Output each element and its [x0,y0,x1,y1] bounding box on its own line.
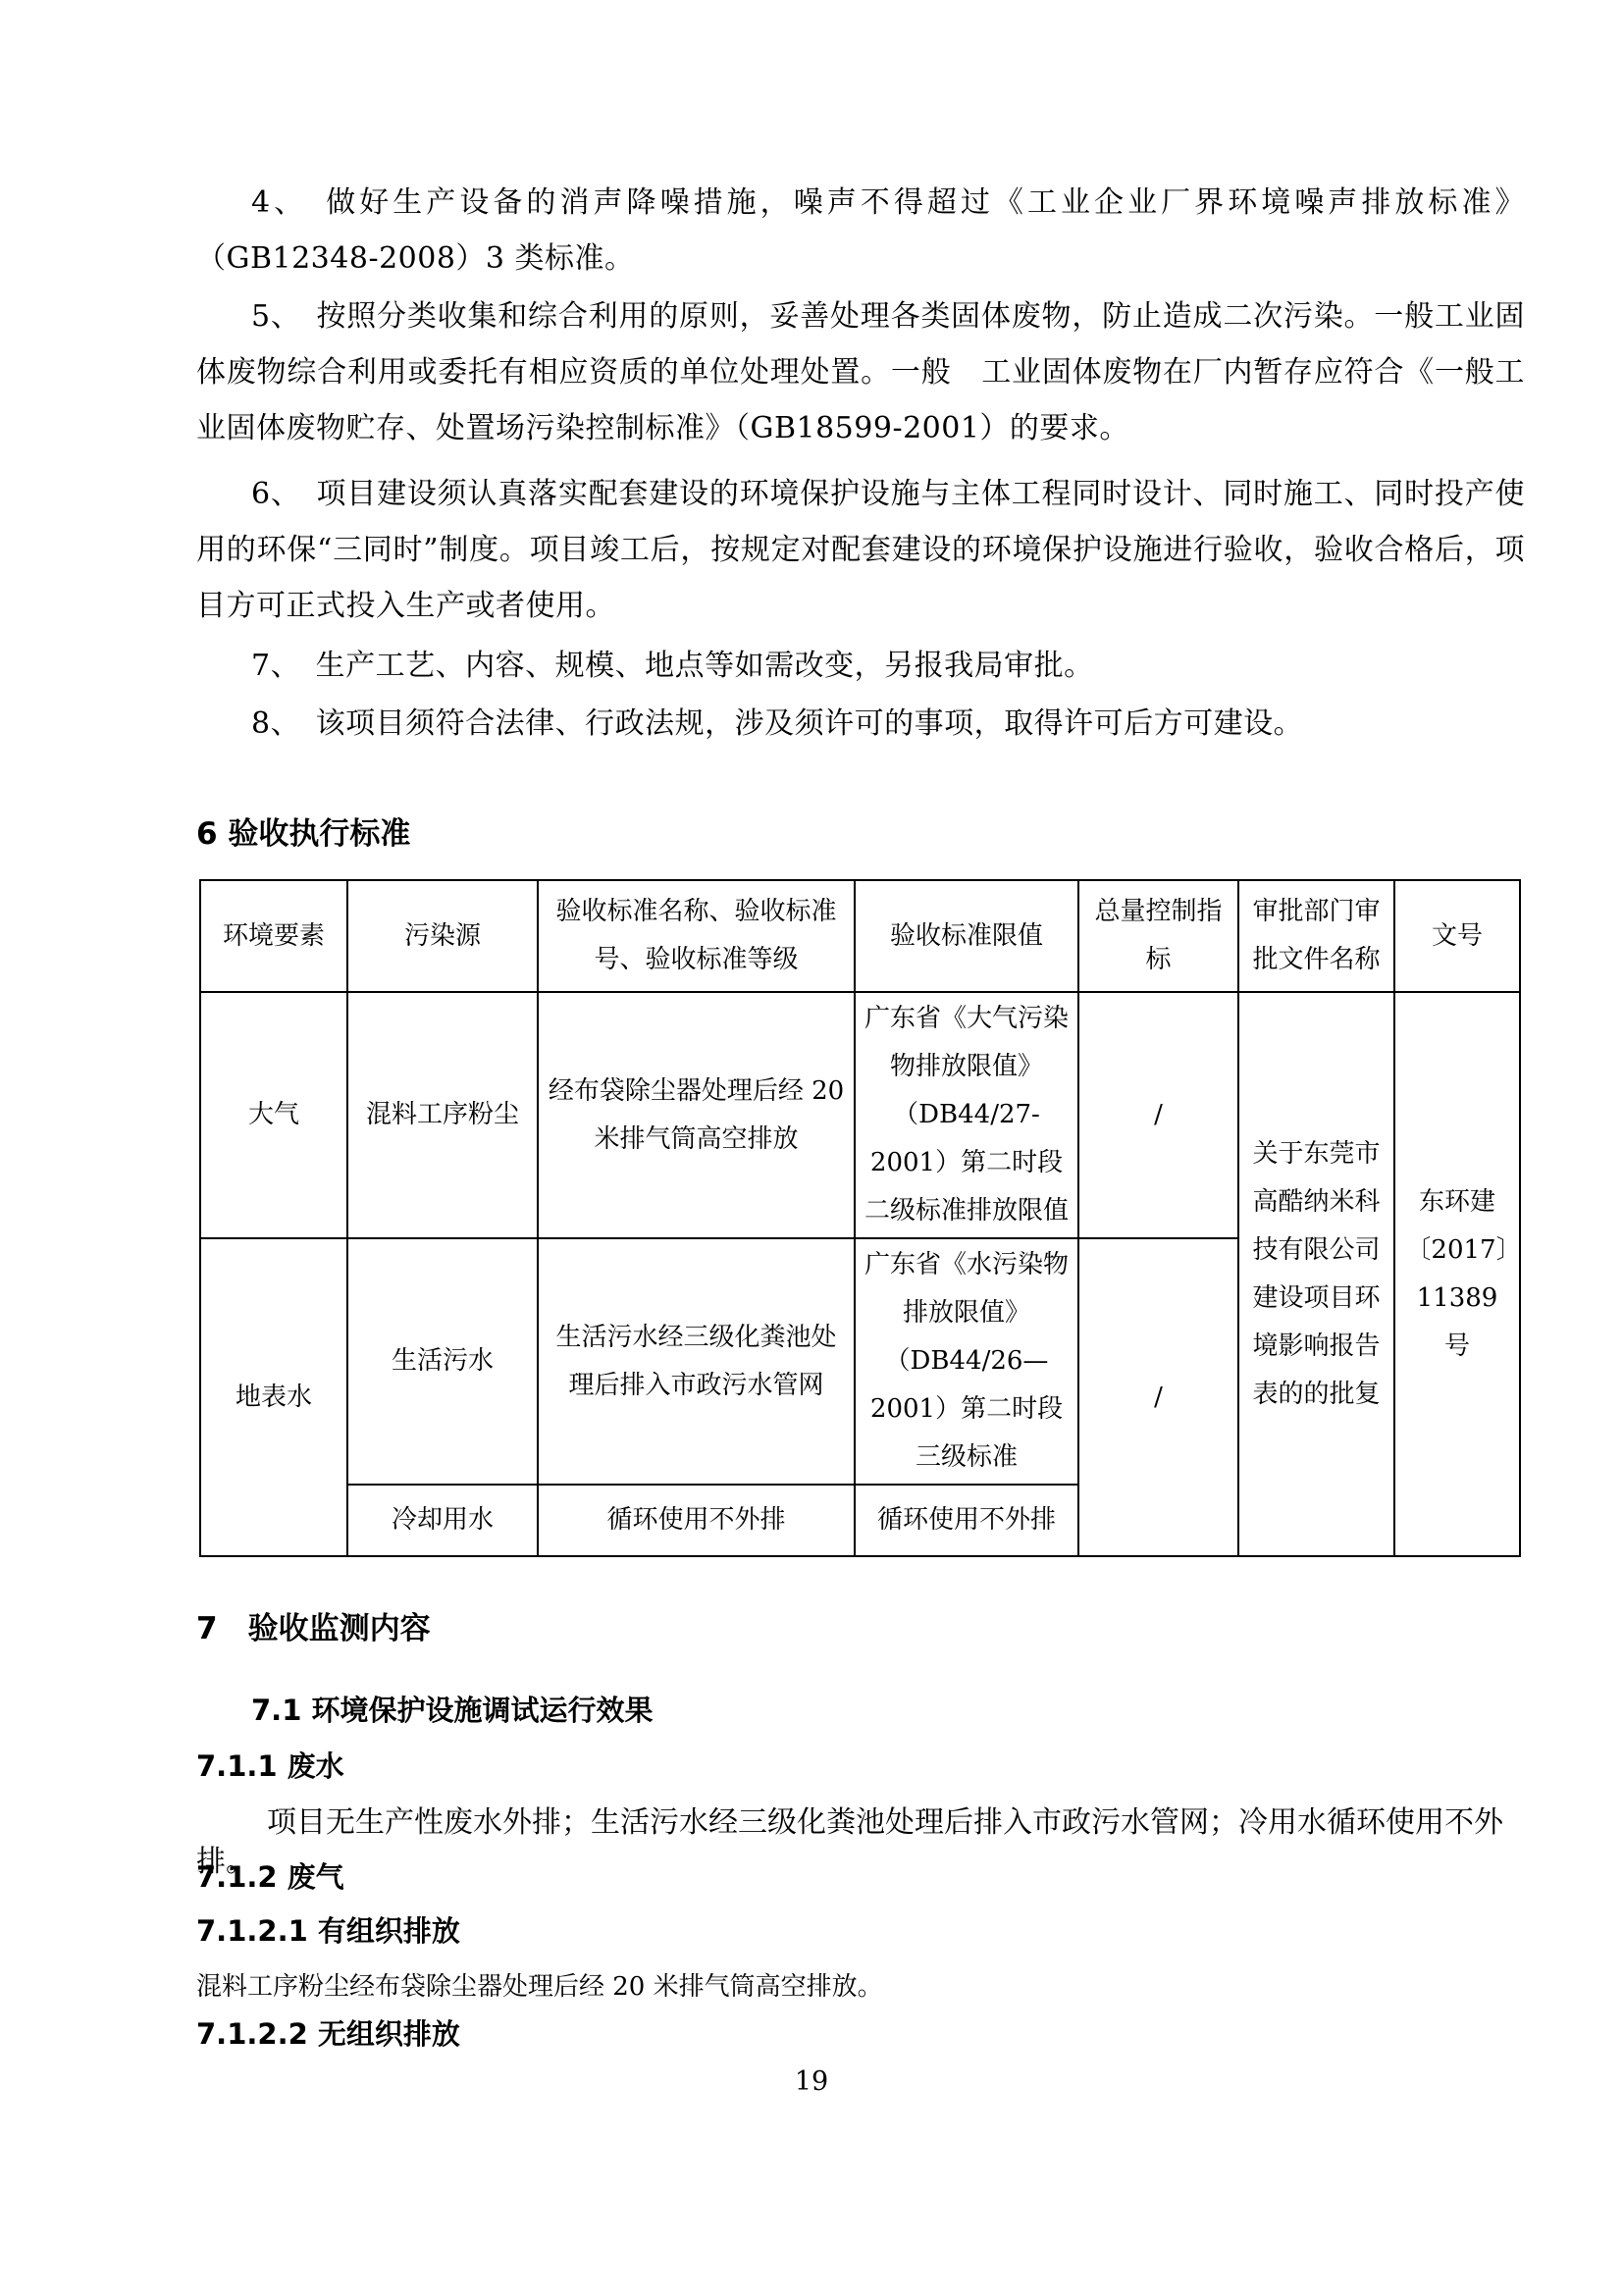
paragraph-7: 7、 生产工艺、内容、规模、地点等如需改变，另报我局审批。 [196,638,1525,694]
section-6-heading: 6 验收执行标准 [196,814,1525,854]
document-page: 4、 做好生产设备的消声降噪措施，噪声不得超过《工业企业厂界环境噪声排放标准》（… [0,0,1623,2296]
cell-treatment-air: 经布袋除尘器处理后经 20 米排气筒高空排放 [538,992,855,1238]
cell-approval-doc: 关于东莞市高酷纳米科技有限公司建设项目环境影响报告表的的批复 [1238,992,1394,1556]
paragraph-8: 8、 该项目须符合法律、行政法规，涉及须许可的事项，取得许可后方可建设。 [196,696,1525,752]
paragraph-5: 5、 按照分类收集和综合利用的原则，妥善处理各类固体废物，防止造成二次污染。一般… [196,288,1525,456]
page-number: 19 [0,2066,1623,2097]
cell-limit-water: 广东省《水污染物排放限值》（DB44/26—2001）第二时段三级标准 [855,1238,1078,1485]
cell-limit-air: 广东省《大气污染物排放限值》（DB44/27-2001）第二时段二级标准排放限值 [855,992,1078,1238]
cell-source-sewage: 生活污水 [347,1238,538,1485]
section-7-1-heading: 7.1 环境保护设施调试运行效果 [251,1692,1580,1729]
paragraph-6: 6、 项目建设须认真落实配套建设的环境保护设施与主体工程同时设计、同时施工、同时… [196,466,1525,634]
cell-element-surface-water: 地表水 [200,1238,347,1556]
cell-element-air: 大气 [200,992,347,1238]
cell-quota-air: / [1078,992,1238,1238]
header-doc-number: 文号 [1394,880,1520,992]
cell-doc-number: 东环建〔2017〕11389 号 [1394,992,1520,1556]
section-7-1-2-2-heading: 7.1.2.2 无组织排放 [196,2015,1525,2053]
header-pollution-source: 污染源 [347,880,538,992]
cell-source-dust: 混料工序粉尘 [347,992,538,1238]
header-standard-name: 验收标准名称、验收标准号、验收标准等级 [538,880,855,992]
dust-text: 混料工序粉尘经布袋除尘器处理后经 20 米排气筒高空排放。 [196,1969,1525,2005]
table-header-row: 环境要素 污染源 验收标准名称、验收标准号、验收标准等级 验收标准限值 总量控制… [200,880,1520,992]
header-approval-doc-name: 审批部门审批文件名称 [1238,880,1394,992]
header-total-quota: 总量控制指标 [1078,880,1238,992]
header-standard-limit: 验收标准限值 [855,880,1078,992]
cell-treatment-sewage: 生活污水经三级化粪池处理后排入市政污水管网 [538,1238,855,1485]
section-7-1-1-heading: 7.1.1 废水 [196,1748,1525,1785]
section-7-1-2-1-heading: 7.1.2.1 有组织排放 [196,1912,1525,1950]
section-7-1-2-heading: 7.1.2 废气 [196,1858,1525,1896]
cell-quota-water: / [1078,1238,1238,1556]
acceptance-standards-table: 环境要素 污染源 验收标准名称、验收标准号、验收标准等级 验收标准限值 总量控制… [199,879,1521,1557]
cell-source-cooling: 冷却用水 [347,1485,538,1556]
header-environment-element: 环境要素 [200,880,347,992]
section-7-heading: 7 验收监测内容 [196,1609,1525,1648]
cell-limit-cooling: 循环使用不外排 [855,1485,1078,1556]
paragraph-4: 4、 做好生产设备的消声降噪措施，噪声不得超过《工业企业厂界环境噪声排放标准》（… [196,175,1525,287]
table-row-air: 大气 混料工序粉尘 经布袋除尘器处理后经 20 米排气筒高空排放 广东省《大气污… [200,992,1520,1238]
cell-treatment-cooling: 循环使用不外排 [538,1485,855,1556]
